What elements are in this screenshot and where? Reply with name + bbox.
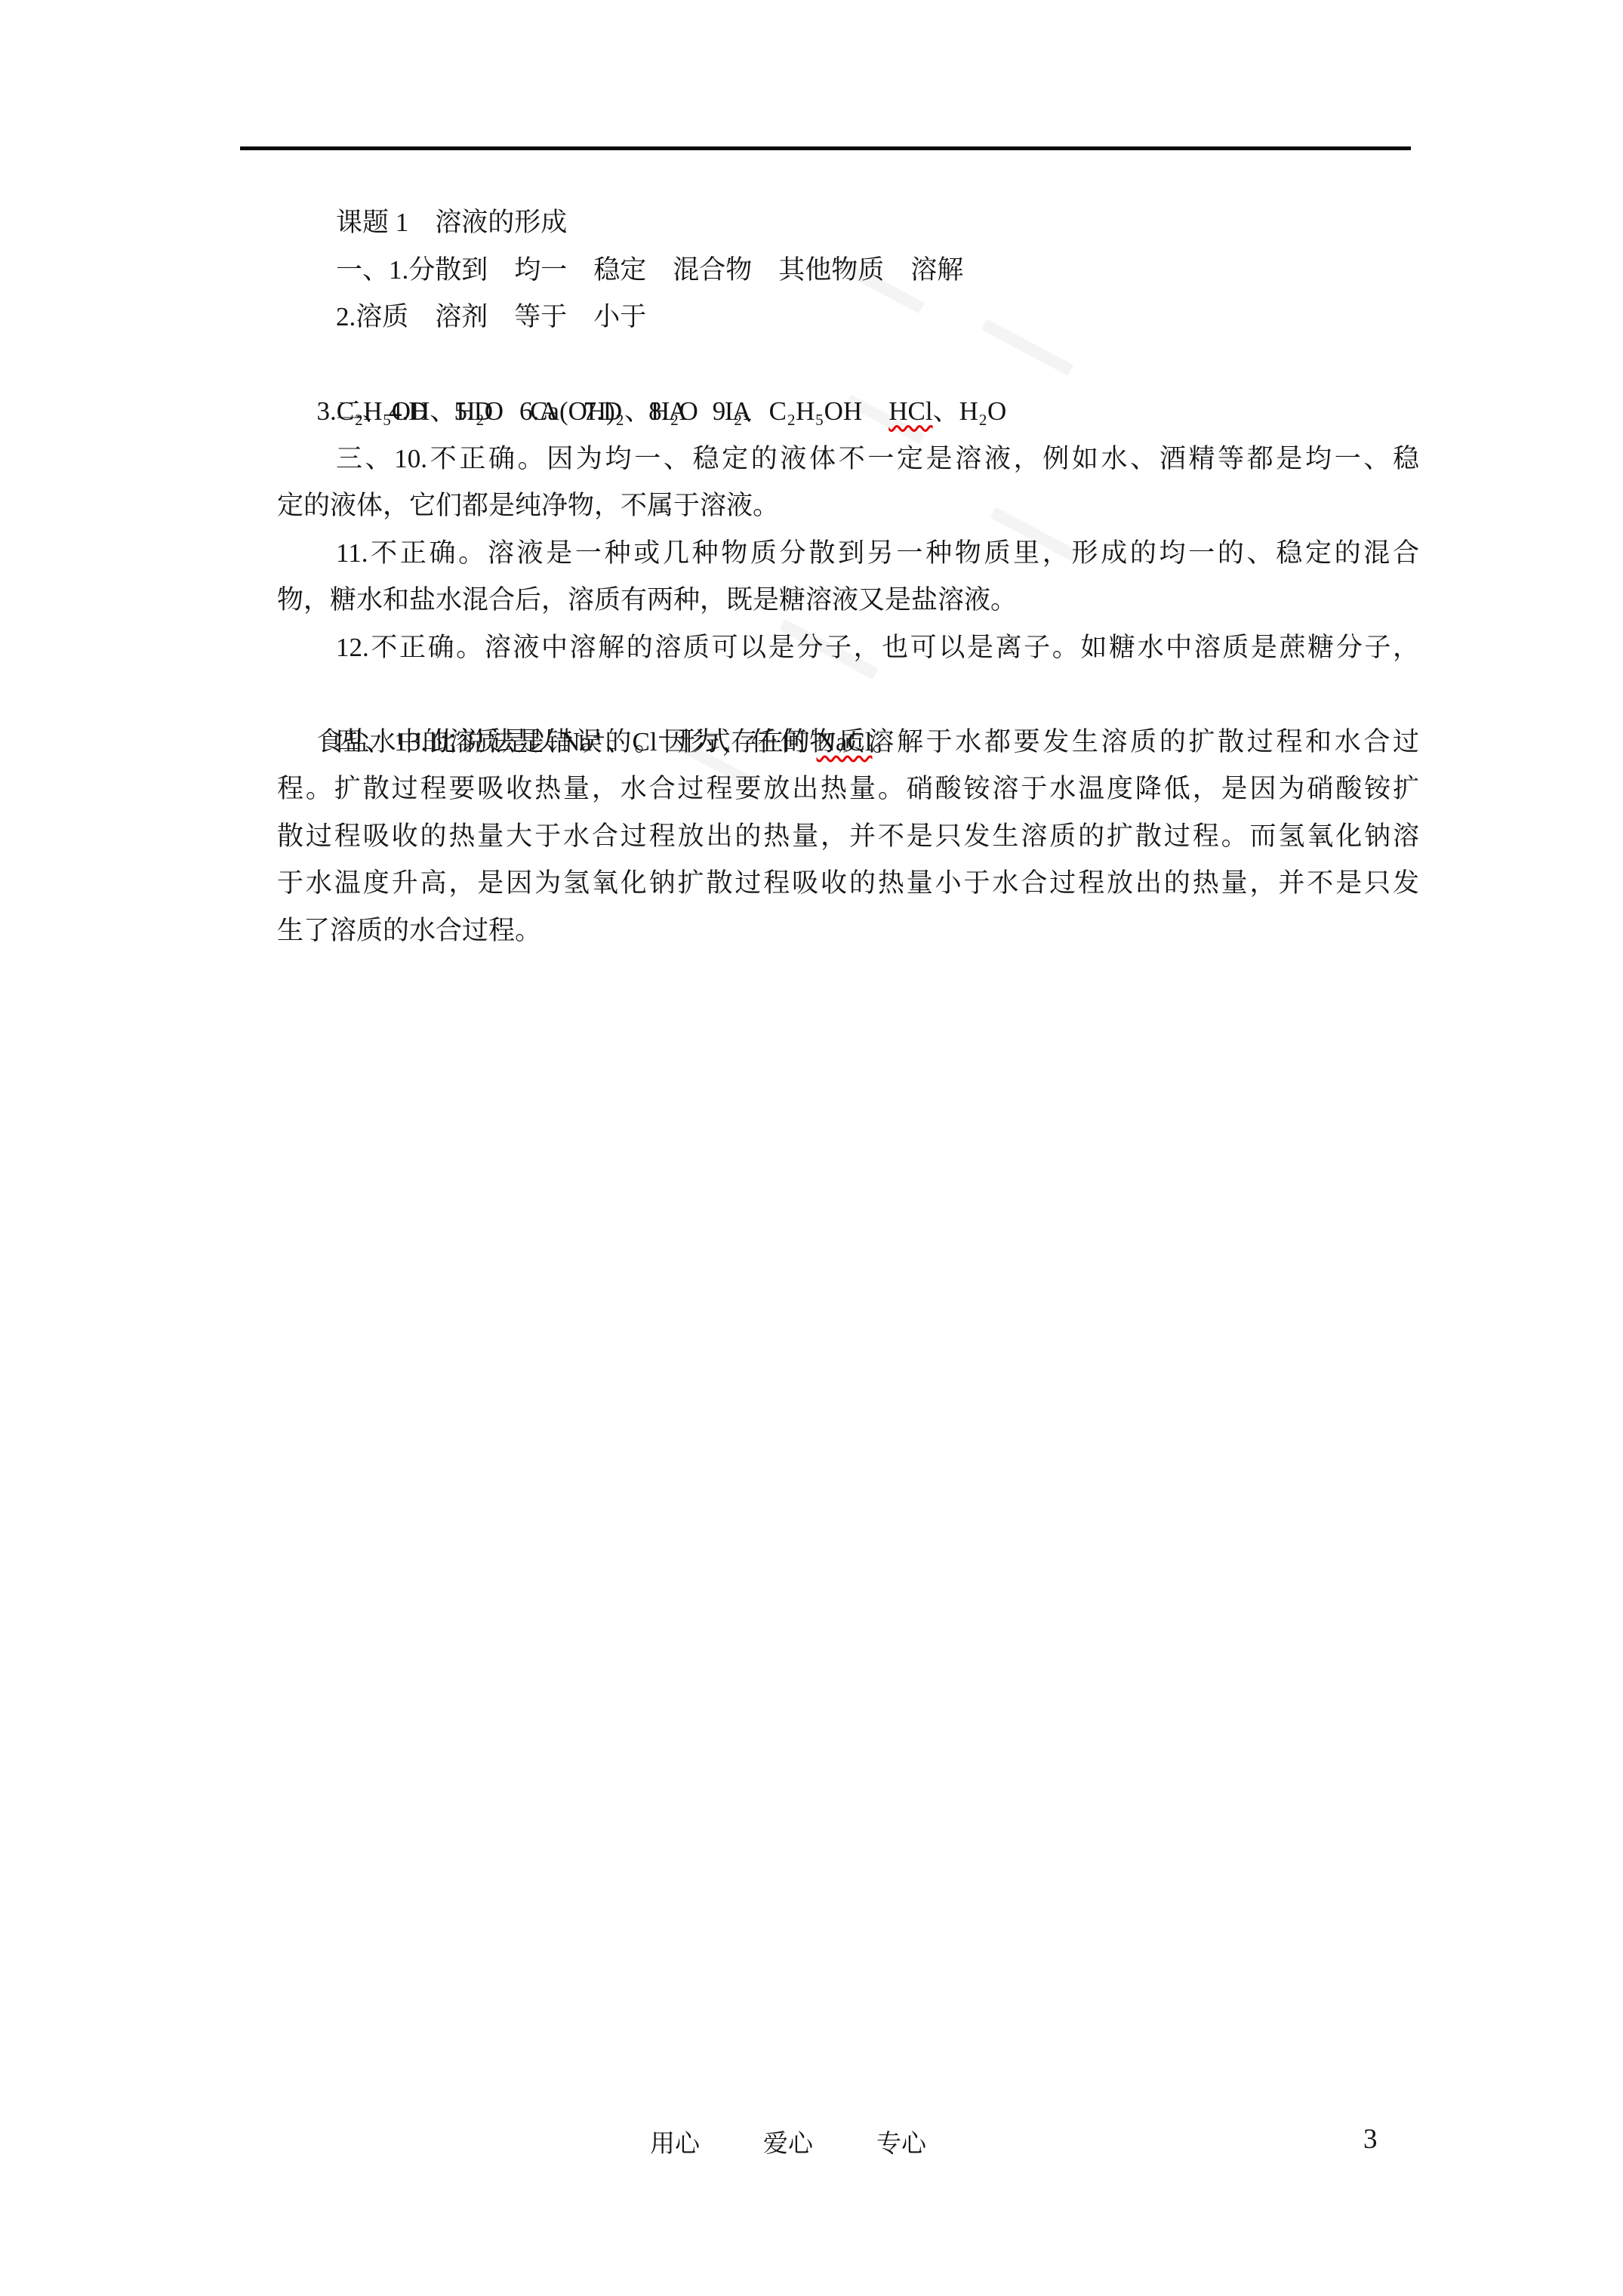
formula-text: 、H₂O — [933, 396, 1007, 426]
answer-line-q13-cont-3: 于水温度升高，是因为氢氧化钠扩散过程吸收的热量小于水合过程放出的热量，并不是只发 — [277, 860, 1419, 908]
footer-motto-item: 用心 — [650, 2130, 700, 2159]
answer-line-q10: 三、10.不正确。因为均一、稳定的液体不一定是溶液，例如水、酒精等都是均一、稳 — [277, 436, 1419, 483]
answer-key-title: 课题 1 溶液的形成 — [277, 199, 1419, 247]
footer-motto: 用心 爱心 专心 — [650, 2130, 926, 2159]
answer-line-q2: 2.溶质 溶剂 等于 小于 — [277, 294, 1419, 341]
answer-line-q13-cont-4: 生了溶质的水合过程。 — [277, 908, 1419, 955]
footer-motto-item: 爱心 — [763, 2130, 813, 2159]
answer-line-q12: 12.不正确。溶液中溶解的溶质可以是分子，也可以是离子。如糖水中溶质是蔗糖分子， — [277, 624, 1419, 672]
scanned-document-page: 课题 1 溶液的形成 一、1.分散到 均一 稳定 混合物 其他物质 溶解 2.溶… — [0, 0, 1623, 2296]
answer-line-q13-cont-1: 程。扩散过程要吸收热量，水合过程要放出热量。硝酸铵溶于水温度降低，是因为硝酸铵扩 — [277, 766, 1419, 813]
header-divider-rule — [240, 146, 1411, 150]
page-number: 3 — [1363, 2125, 1378, 2155]
footer-motto-item: 专心 — [876, 2130, 926, 2159]
answer-key-body: 课题 1 溶液的形成 一、1.分散到 均一 稳定 混合物 其他物质 溶解 2.溶… — [277, 199, 1419, 954]
answer-line-q1: 一、1.分散到 均一 稳定 混合物 其他物质 溶解 — [277, 247, 1419, 294]
answer-line-q11: 11.不正确。溶液是一种或几种物质分散到另一种物质里，形成的均一的、稳定的混合 — [277, 530, 1419, 578]
answer-line-q13: 四、13.此说法是错误的。因为，任何物质溶解于水都要发生溶质的扩散过程和水合过 — [277, 719, 1419, 766]
answer-line-q13-cont-2: 散过程吸收的热量大于水合过程放出的热量，并不是只发生溶质的扩散过程。而氢氧化钠溶 — [277, 813, 1419, 861]
spellcheck-marked-text-hcl: HCl — [888, 396, 932, 426]
answer-line-q3: 3.C₂H₅OH、H₂O Ca(OH)₂、H₂O I₂、C₂H₅OH HCl、H… — [277, 341, 1419, 389]
answer-line-q12-cont: 食盐水中的溶质是以 Na⁺、Cl⁻ 形式存在的 NaCl。 — [277, 671, 1419, 719]
answer-line-q11-cont: 物，糖水和盐水混合后，溶质有两种，既是糖溶液又是盐溶液。 — [277, 577, 1419, 624]
answer-line-q10-cont: 定的液体，它们都是纯净物，不属于溶液。 — [277, 482, 1419, 530]
